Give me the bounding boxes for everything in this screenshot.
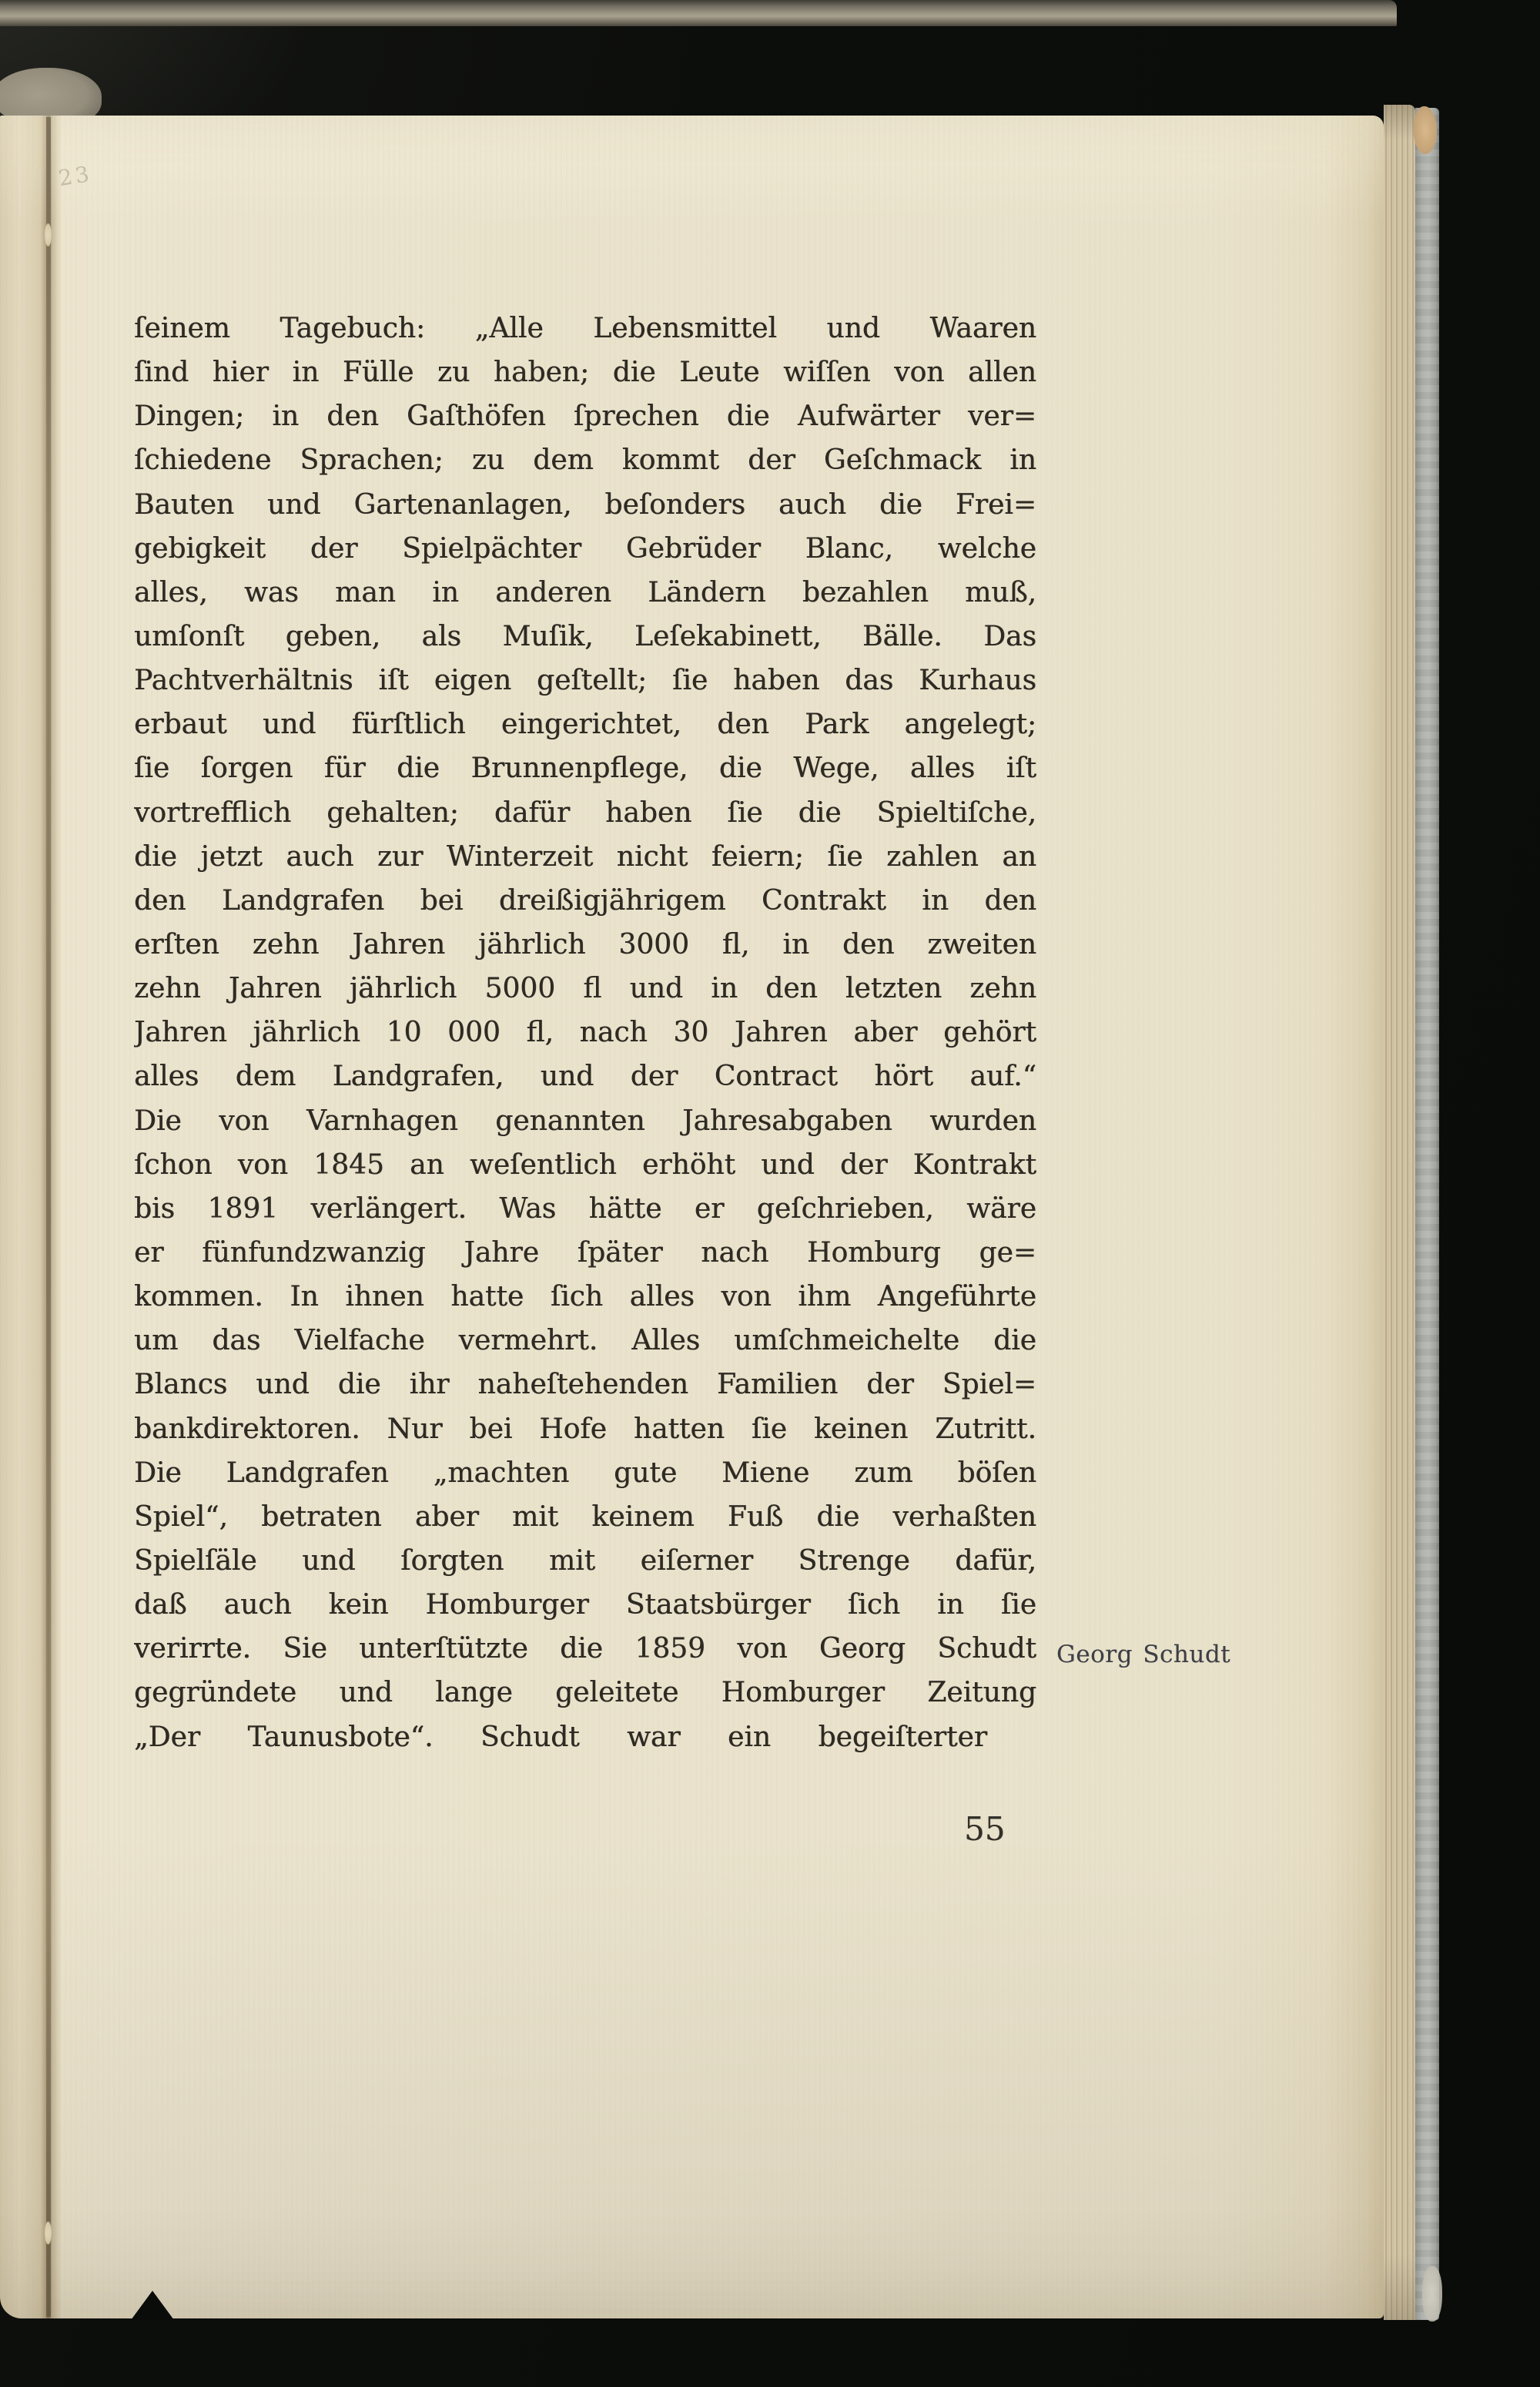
text-line: ſchiedene Sprachen; zu dem kommt der Geſ… xyxy=(134,438,1036,482)
text-line: Dingen; in den Gaſthöfen ſprechen die Au… xyxy=(134,394,1036,438)
text-line: Die von Varnhagen genannten Jahresabgabe… xyxy=(134,1099,1036,1143)
text-line: Die Landgrafen „machten gute Miene zum b… xyxy=(134,1451,1036,1495)
pencil-mark: 23 xyxy=(57,161,94,191)
gutter-bottom-notch xyxy=(131,2291,174,2320)
text-line: erbaut und fürſtlich eingerichtet, den P… xyxy=(134,702,1036,746)
text-line: Jahren jährlich 10 000 fl, nach 30 Jahre… xyxy=(134,1011,1036,1054)
text-line: umſonſt geben, als Muſik, Leſekabinett, … xyxy=(134,615,1036,659)
book-cover-edge xyxy=(1415,108,1439,2320)
text-line: vortrefflich gehalten; dafür haben ſie d… xyxy=(134,791,1036,835)
text-line: ſeinem Tagebuch: „Alle Lebensmittel und … xyxy=(134,307,1036,350)
text-line: gegründete und lange geleitete Homburger… xyxy=(134,1671,1036,1715)
text-line: zehn Jahren jährlich 5000 fl und in den … xyxy=(134,967,1036,1011)
text-line: Spielſäle und ſorgten mit eiſerner Stren… xyxy=(134,1539,1036,1583)
scan-backdrop: 23 ſeinem Tagebuch: „Alle Lebensmittel u… xyxy=(0,0,1540,2387)
text-line: gebigkeit der Spielpächter Gebrüder Blan… xyxy=(134,527,1036,571)
text-line: Blancs und die ihr naheſtehenden Familie… xyxy=(134,1363,1036,1406)
text-line: alles, was man in anderen Ländern bezahl… xyxy=(134,571,1036,615)
text-line: Pachtverhältnis iſt eigen geſtellt; ſie … xyxy=(134,659,1036,702)
text-line: ſind hier in Fülle zu haben; die Leute w… xyxy=(134,350,1036,394)
text-line: Spiel“, betraten aber mit keinem Fuß die… xyxy=(134,1495,1036,1539)
body-text-block: ſeinem Tagebuch: „Alle Lebensmittel und … xyxy=(134,307,1036,1759)
text-line: ſchon von 1845 an weſentlich erhöht und … xyxy=(134,1143,1036,1187)
text-line: erſten zehn Jahren jährlich 3000 fl, in … xyxy=(134,923,1036,967)
text-line: er fünfundzwanzig Jahre ſpäter nach Homb… xyxy=(134,1231,1036,1275)
text-line: kommen. In ihnen hatte ſich alles von ih… xyxy=(134,1275,1036,1319)
gutter-glint xyxy=(45,223,52,246)
page-number: 55 xyxy=(964,1810,1005,1848)
text-line: daß auch kein Homburger Staatsbürger ſic… xyxy=(134,1583,1036,1627)
text-line: bis 1891 verlängert. Was hätte er geſchr… xyxy=(134,1187,1036,1231)
gutter-glint xyxy=(45,2221,52,2245)
text-line: verirrte. Sie unterſtützte die 1859 von … xyxy=(134,1627,1036,1671)
text-line: den Landgrafen bei dreißigjährigem Contr… xyxy=(134,879,1036,923)
text-line: die jetzt auch zur Winterzeit nicht feie… xyxy=(134,835,1036,879)
text-line: ſie ſorgen für die Brunnenpflege, die We… xyxy=(134,746,1036,790)
book-top-edge xyxy=(0,0,1397,26)
page-fore-edges xyxy=(1384,105,1415,2320)
margin-note: Georg Schudt xyxy=(1056,1641,1230,1668)
text-line: bankdirektoren. Nur bei Hofe hatten ſie … xyxy=(134,1407,1036,1451)
text-line: alles dem Landgrafen, und der Contract h… xyxy=(134,1054,1036,1098)
gutter-crease xyxy=(46,117,51,2317)
text-line: „Der Taunusbote“. Schudt war ein begeiſt… xyxy=(134,1715,1036,1759)
cover-edge-chip-top xyxy=(1414,106,1437,154)
cover-edge-chip-bottom xyxy=(1422,2266,1442,2322)
text-line: Bauten und Gartenanlagen, beſonders auch… xyxy=(134,483,1036,527)
text-line: um das Vielfache vermehrt. Alles umſchme… xyxy=(134,1319,1036,1363)
